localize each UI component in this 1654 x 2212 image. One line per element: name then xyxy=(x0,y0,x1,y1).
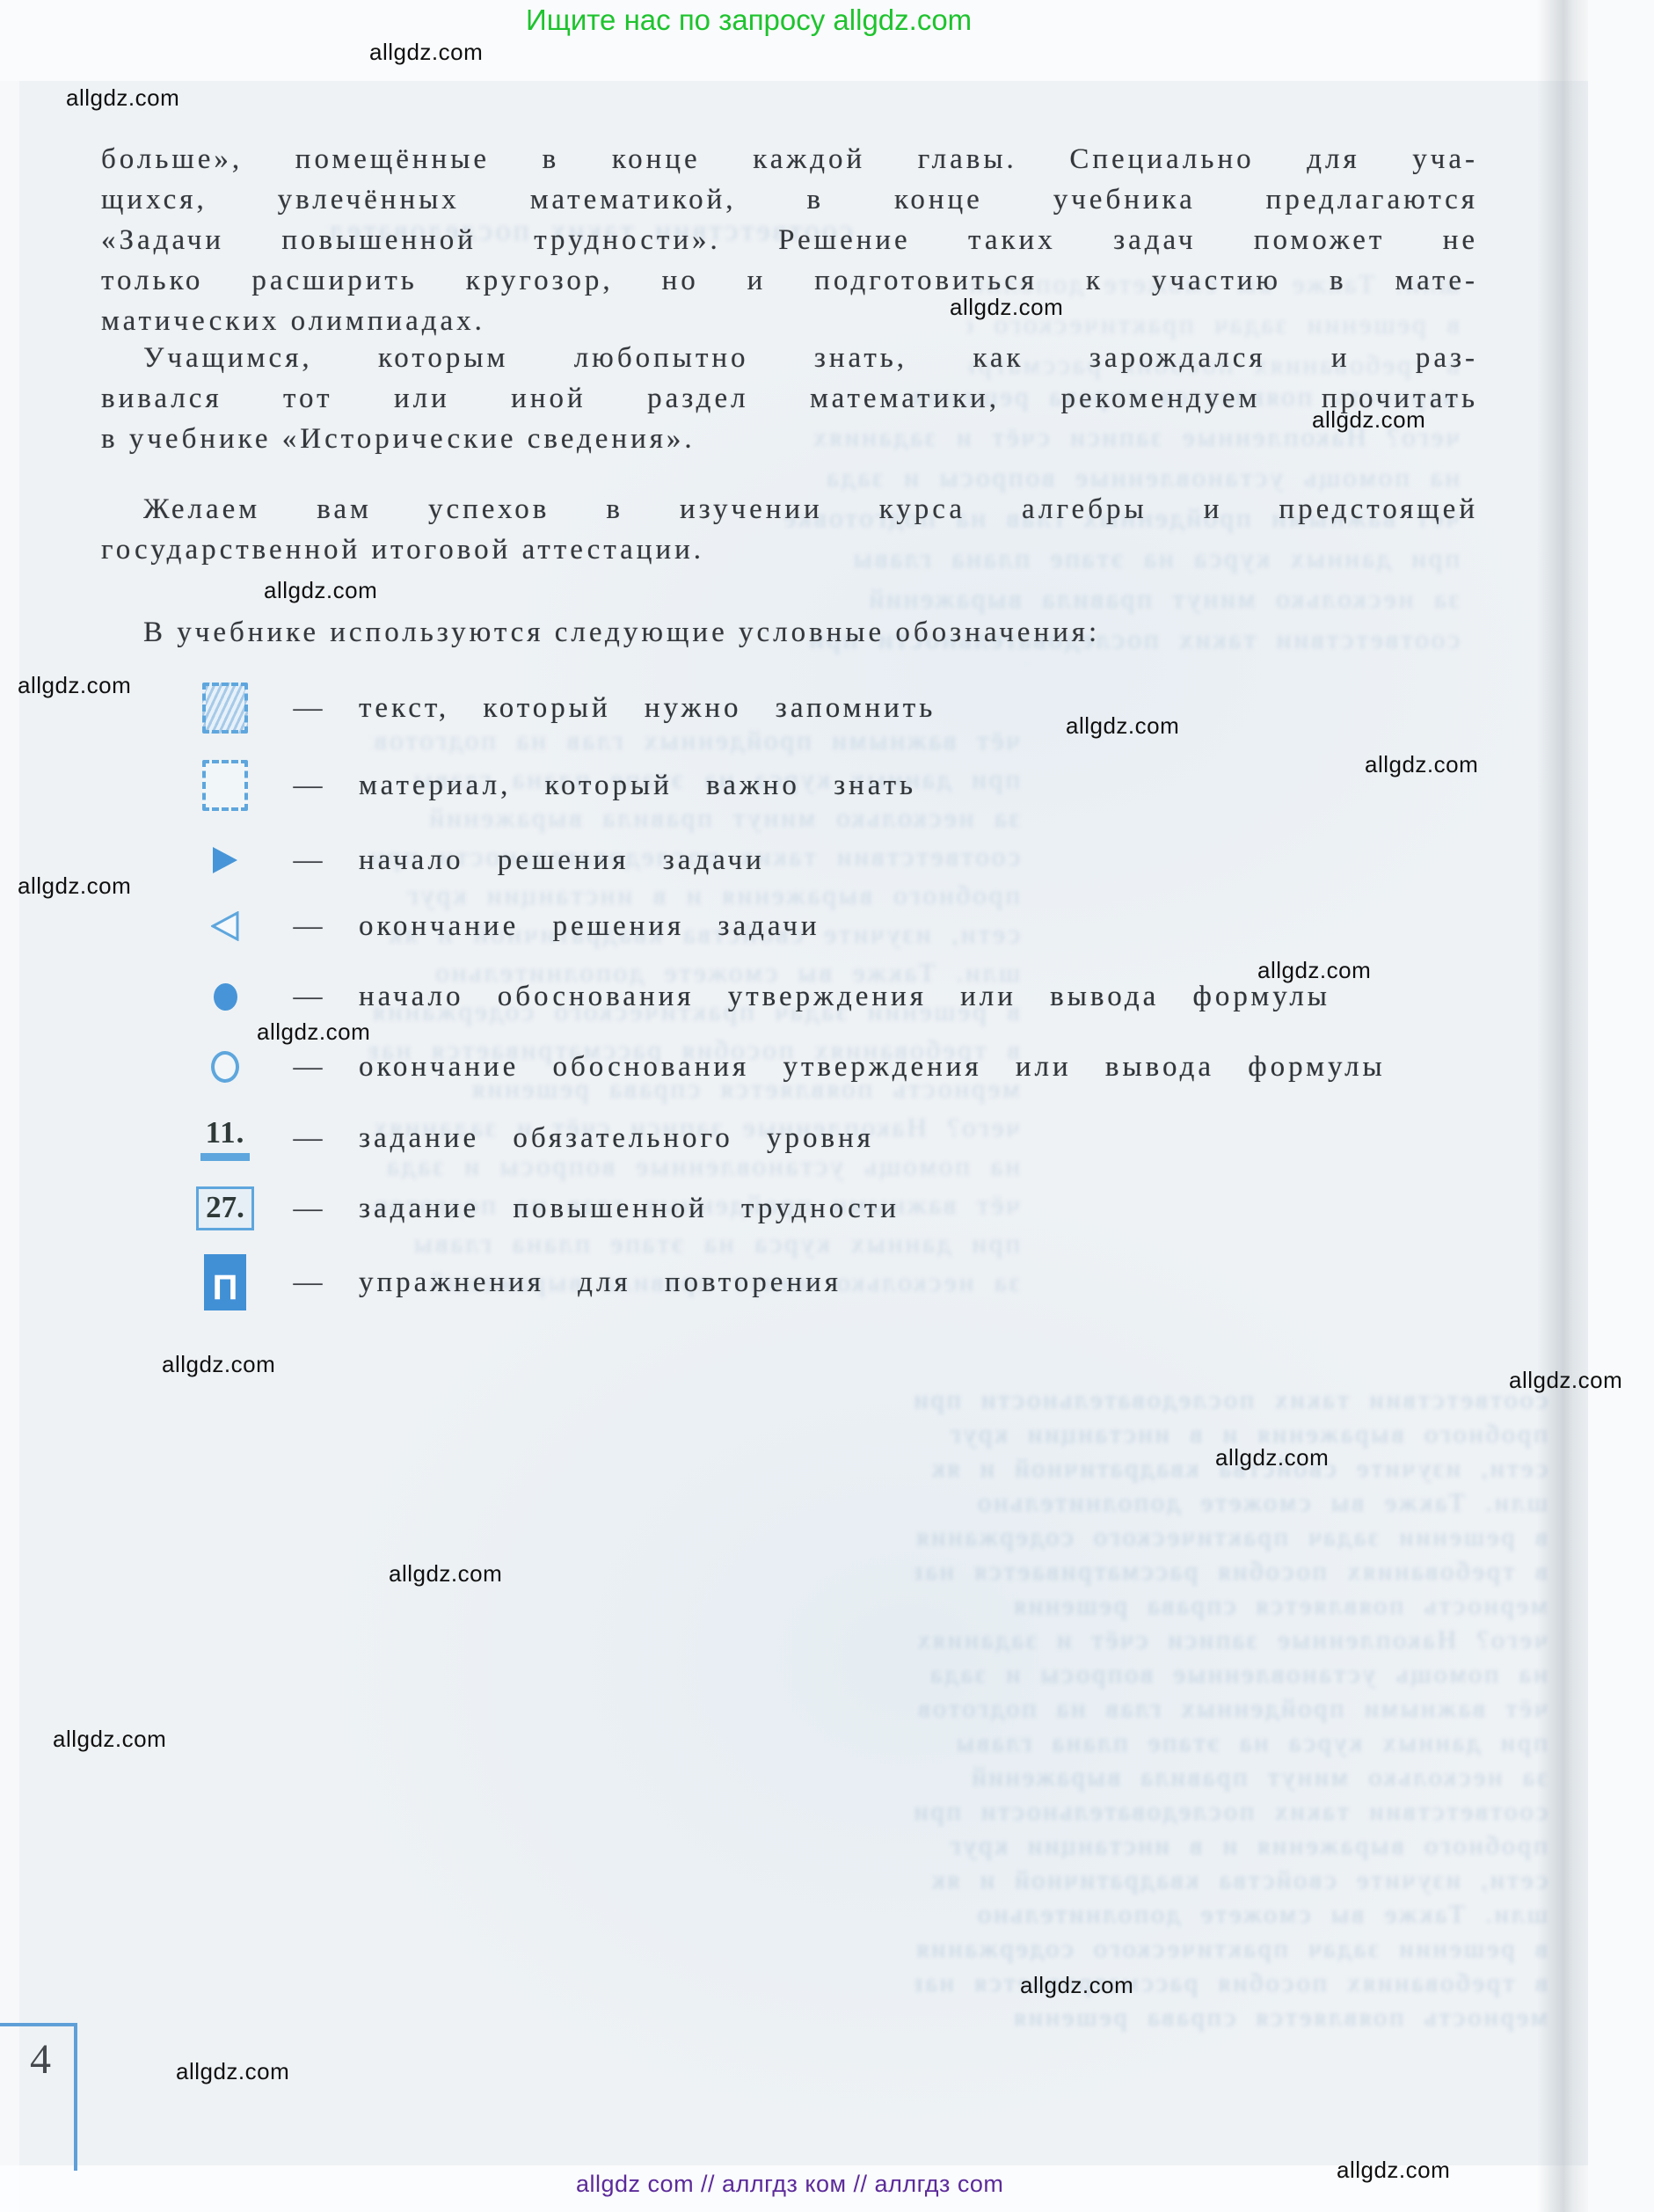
text-line: В учебнике используются следующие условн… xyxy=(101,612,1478,653)
legend-row: 11.—задание обязательного уровня xyxy=(185,1107,874,1169)
important-box-icon xyxy=(185,760,266,811)
legend-label: начало обоснования утверждения или вывод… xyxy=(359,981,1330,1013)
repetition-icon: П xyxy=(185,1254,266,1310)
text-line: Желаем вам успехов в изучении курса алге… xyxy=(101,489,1478,529)
right-margin xyxy=(1588,0,1654,2212)
text-line: государственной итоговой аттестации. xyxy=(101,529,1478,570)
watermark: allgdz.com xyxy=(1066,712,1179,740)
legend-label: задание повышенной трудности xyxy=(359,1193,900,1225)
watermark: allgdz.com xyxy=(53,1726,166,1753)
page-number: 4 xyxy=(30,2035,51,2084)
paragraph: больше», помещённые в конце каждой главы… xyxy=(101,139,1478,341)
legend-row: —материал, который важно знать xyxy=(185,755,916,816)
legend-row: —текст, который нужно запомнить xyxy=(185,677,936,739)
watermark: allgdz.com xyxy=(176,2058,289,2085)
legend-row: П—упражнения для повторения xyxy=(185,1252,842,1313)
legend-row: 27.—задание повышенной трудности xyxy=(185,1178,900,1239)
text-line: только расширить кругозор, но и подготов… xyxy=(101,260,1478,301)
paragraph: Учащимся, которым любопытно знать, как з… xyxy=(101,338,1478,459)
watermark: allgdz.com xyxy=(1257,957,1371,984)
watermark: allgdz.com xyxy=(1337,2157,1450,2184)
legend-label: задание обязательного уровня xyxy=(359,1122,874,1155)
legend-dash: — xyxy=(266,1122,350,1155)
mandatory-task-icon: 11. xyxy=(185,1115,266,1161)
legend-label: упражнения для повторения xyxy=(359,1267,842,1299)
watermark: allgdz.com xyxy=(1020,1972,1133,1999)
legend-dash: — xyxy=(266,1193,350,1225)
book-page-scan: соответствии таких последовательности пр… xyxy=(0,0,1654,2212)
watermark: allgdz.com xyxy=(1365,751,1478,778)
left-margin xyxy=(0,0,19,2212)
watermark: allgdz.com xyxy=(18,872,131,900)
proof-end-icon xyxy=(185,1051,266,1083)
paragraph: Желаем вам успехов в изучении курса алге… xyxy=(101,489,1478,570)
watermark: allgdz.com xyxy=(1215,1444,1329,1471)
watermark: allgdz.com xyxy=(257,1018,370,1046)
memorize-box-icon xyxy=(185,683,266,734)
legend-label: окончание решения задачи xyxy=(359,910,820,943)
text-line: в учебнике «Исторические сведения». xyxy=(101,419,1478,459)
page-number-rule-vertical xyxy=(74,2023,77,2171)
proof-start-icon xyxy=(185,983,266,1011)
legend-label: материал, который важно знать xyxy=(359,770,916,802)
legend-dash: — xyxy=(266,1051,350,1084)
legend-label: текст, который нужно запомнить xyxy=(359,692,936,725)
watermark: allgdz.com xyxy=(369,39,483,66)
bleed-through-block: соответствии таких последовательности пр… xyxy=(914,1383,1548,2034)
legend-dash: — xyxy=(266,981,350,1013)
solution-start-icon xyxy=(185,845,266,875)
promo-banner: Ищите нас по запросу allgdz.com xyxy=(526,4,972,37)
text-line: больше», помещённые в конце каждой главы… xyxy=(101,139,1478,179)
legend-dash: — xyxy=(266,770,350,802)
legend-dash: — xyxy=(266,844,350,877)
watermark: allgdz.com xyxy=(1509,1367,1622,1394)
text-line: «Задачи повышенной трудности». Решение т… xyxy=(101,220,1478,260)
watermark: allgdz.com xyxy=(66,84,179,112)
watermark: allgdz.com xyxy=(1312,406,1425,434)
legend-dash: — xyxy=(266,1267,350,1299)
paragraph: В учебнике используются следующие условн… xyxy=(101,612,1478,653)
legend-row: —окончание решения задачи xyxy=(185,895,820,957)
legend-label: окончание обоснования утверждения или вы… xyxy=(359,1051,1386,1084)
footer-search-queries: allgdz com // аллгдз ком // аллгдз com xyxy=(576,2171,1003,2198)
watermark: allgdz.com xyxy=(950,294,1063,321)
solution-end-icon xyxy=(185,911,266,941)
watermark: allgdz.com xyxy=(162,1351,275,1378)
advanced-task-icon: 27. xyxy=(185,1186,266,1230)
text-line: щихся, увлечённых математикой, в конце у… xyxy=(101,179,1478,220)
text-line: матических олимпиадах. xyxy=(101,301,1478,341)
legend-label: начало решения задачи xyxy=(359,844,765,877)
page-number-rule-horizontal xyxy=(0,2023,77,2026)
legend-dash: — xyxy=(266,692,350,725)
legend-row: —начало решения задачи xyxy=(185,829,765,891)
text-line: Учащимся, которым любопытно знать, как з… xyxy=(101,338,1478,378)
watermark: allgdz.com xyxy=(389,1560,502,1588)
watermark: allgdz.com xyxy=(264,577,377,604)
legend-dash: — xyxy=(266,910,350,943)
text-line: вивался тот или иной раздел математики, … xyxy=(101,378,1478,419)
watermark: allgdz.com xyxy=(18,672,131,699)
